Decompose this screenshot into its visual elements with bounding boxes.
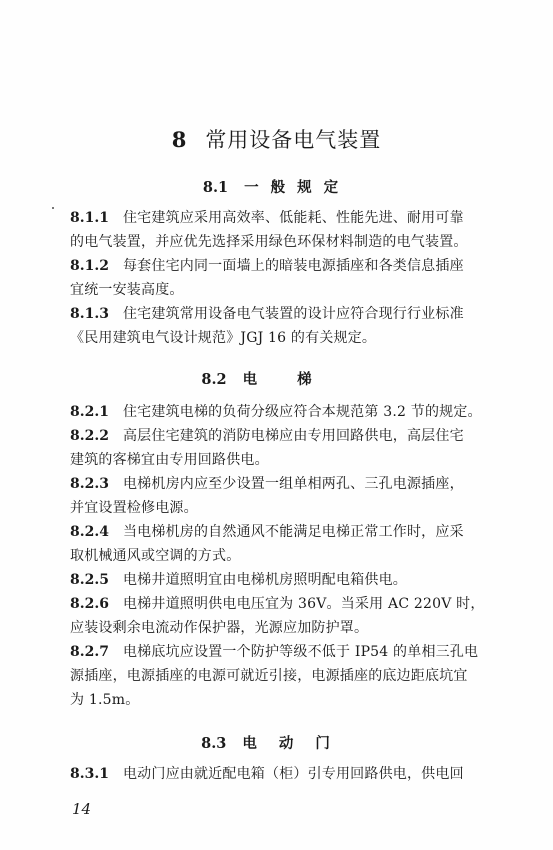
clause-line: 《民用建筑电气设计规范》JGJ 16 的有关规定。 xyxy=(70,328,510,348)
section-heading-8-1: 8.1一般规定 xyxy=(0,176,553,197)
clause-line: 8.2.7电梯底坑应设置一个防护等级不低于 IP54 的单相三孔电 xyxy=(70,642,510,662)
clause-line: 为 1.5m。 xyxy=(70,690,510,710)
clause-text: 并宜设置检修电源。 xyxy=(70,500,198,516)
clause-line: 8.2.3电梯机房内应至少设置一组单相两孔、三孔电源插座， xyxy=(70,474,510,494)
clause-text: 当电梯机房的自然通风不能满足电梯正常工作时，应采 xyxy=(123,524,464,540)
clause-line: 的电气装置，并应优先选择采用绿色环保材料制造的电气装置。 xyxy=(70,232,510,252)
section-heading-8-3: 8.3电动门 xyxy=(0,732,553,753)
clause-line: 8.2.5电梯井道照明宜由电梯机房照明配电箱供电。 xyxy=(70,570,510,590)
clause-number: 8.2.4 xyxy=(70,524,109,540)
clause-text: 电梯井道照明供电电压宜为 36V。当采用 AC 220V 时， xyxy=(123,596,485,612)
clause-text: 应装设剩余电流动作保护器，光源应加防护罩。 xyxy=(70,620,368,636)
clause-line: 8.2.1住宅建筑电梯的负荷分级应符合本规范第 3.2 节的规定。 xyxy=(70,402,510,422)
clause-line: 8.1.2每套住宅内同一面墙上的暗装电源插座和各类信息插座 xyxy=(70,256,510,276)
section-number: 8.1 xyxy=(203,179,228,196)
clause-number: 8.2.7 xyxy=(70,644,109,660)
section-number: 8.2 xyxy=(201,371,226,388)
clause-line: 8.2.4当电梯机房的自然通风不能满足电梯正常工作时，应采 xyxy=(70,522,510,542)
clause-text: 宜统一安装高度。 xyxy=(70,282,184,298)
section-number: 8.3 xyxy=(201,735,226,752)
clause-line: 建筑的客梯宜由专用回路供电。 xyxy=(70,450,510,470)
clause-text: 为 1.5m。 xyxy=(70,692,139,708)
clause-line: 8.2.6电梯井道照明供电电压宜为 36V。当采用 AC 220V 时， xyxy=(70,594,510,614)
clause-line: 8.1.3住宅建筑常用设备电气装置的设计应符合现行行业标准 xyxy=(70,304,510,324)
clause-number: 8.1.3 xyxy=(70,306,109,322)
clause-line: 8.1.1住宅建筑应采用高效率、低能耗、性能先进、耐用可靠 xyxy=(70,208,510,228)
clause-line: 8.2.2高层住宅建筑的消防电梯应由专用回路供电，高层住宅 xyxy=(70,426,510,446)
clause-text: 住宅建筑电梯的负荷分级应符合本规范第 3.2 节的规定。 xyxy=(123,404,482,420)
chapter-title: 8常用设备电气装置 xyxy=(0,124,553,154)
clause-text: 电梯机房内应至少设置一组单相两孔、三孔电源插座， xyxy=(123,476,464,492)
clause-number: 8.2.5 xyxy=(70,572,109,588)
clause-text: 高层住宅建筑的消防电梯应由专用回路供电，高层住宅 xyxy=(123,428,464,444)
clause-text: 电梯底坑应设置一个防护等级不低于 IP54 的单相三孔电 xyxy=(123,644,478,660)
clause-line: 应装设剩余电流动作保护器，光源应加防护罩。 xyxy=(70,618,510,638)
clause-text: 每套住宅内同一面墙上的暗装电源插座和各类信息插座 xyxy=(123,258,464,274)
clause-text: 电梯井道照明宜由电梯机房照明配电箱供电。 xyxy=(123,572,407,588)
clause-number: 8.2.1 xyxy=(70,404,109,420)
section-title-text: 电梯 xyxy=(243,371,352,388)
clause-text: 建筑的客梯宜由专用回路供电。 xyxy=(70,452,269,468)
section-title-text: 电动门 xyxy=(242,735,352,752)
scan-speck xyxy=(52,207,54,209)
clause-number: 8.1.1 xyxy=(70,210,109,226)
clause-text: 源插座，电源插座的电源可就近引接，电源插座的底边距底坑宜 xyxy=(70,668,468,684)
clause-number: 8.1.2 xyxy=(70,258,109,274)
clause-number: 8.3.1 xyxy=(70,766,109,782)
chapter-title-text: 常用设备电气装置 xyxy=(205,128,381,152)
section-title-text: 一般规定 xyxy=(244,179,350,196)
clause-text: 取机械通风或空调的方式。 xyxy=(70,548,240,564)
clause-text: 电动门应由就近配电箱（柜）引专用回路供电，供电回 xyxy=(123,766,464,782)
clause-text: 住宅建筑应采用高效率、低能耗、性能先进、耐用可靠 xyxy=(123,210,464,226)
page-number: 14 xyxy=(72,800,91,818)
clause-number: 8.2.6 xyxy=(70,596,109,612)
clause-number: 8.2.3 xyxy=(70,476,109,492)
clause-number: 8.2.2 xyxy=(70,428,109,444)
clause-text: 住宅建筑常用设备电气装置的设计应符合现行行业标准 xyxy=(123,306,464,322)
section-heading-8-2: 8.2电梯 xyxy=(0,368,553,389)
clause-line: 取机械通风或空调的方式。 xyxy=(70,546,510,566)
clause-text: 的电气装置，并应优先选择采用绿色环保材料制造的电气装置。 xyxy=(70,234,468,250)
clause-line: 8.3.1电动门应由就近配电箱（柜）引专用回路供电，供电回 xyxy=(70,764,510,784)
clause-line: 并宜设置检修电源。 xyxy=(70,498,510,518)
clause-line: 宜统一安装高度。 xyxy=(70,280,510,300)
clause-text: 《民用建筑电气设计规范》JGJ 16 的有关规定。 xyxy=(70,330,376,346)
chapter-number: 8 xyxy=(172,127,188,152)
document-page: 8常用设备电气装置 8.1一般规定 8.1.1住宅建筑应采用高效率、低能耗、性能… xyxy=(0,0,553,850)
clause-line: 源插座，电源插座的电源可就近引接，电源插座的底边距底坑宜 xyxy=(70,666,510,686)
